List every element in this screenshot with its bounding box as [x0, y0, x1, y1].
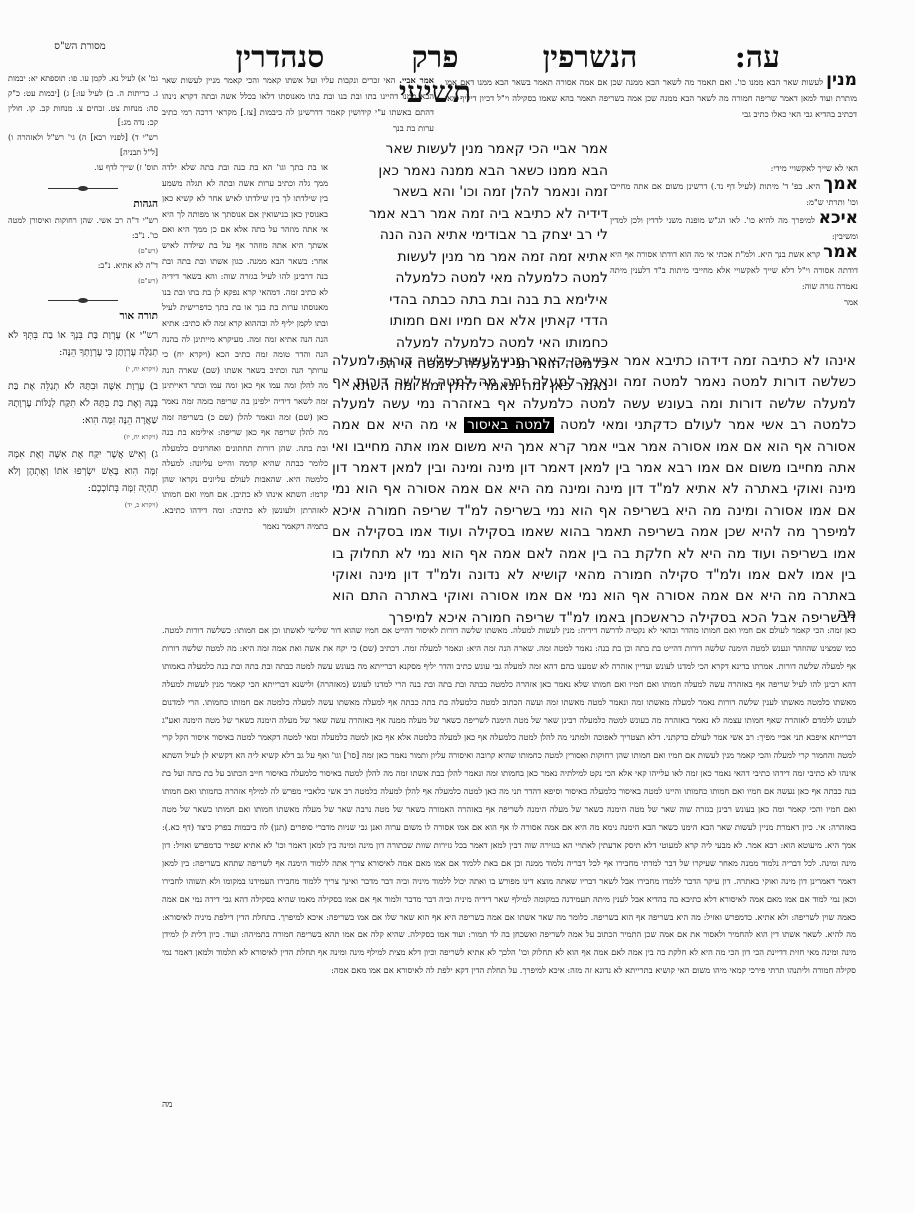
torah-or-verse: רש"י א) עֶרְוַת בַּת בִּנְךָ אוֹ בַת בִּ…	[8, 327, 158, 378]
gemara-wide-block: אינהו לא כתיבה זמה דידהו כתיבא אמר אביי …	[332, 351, 856, 629]
masoret-hashas-label: מסורת הש"ס	[45, 40, 115, 53]
rashi-side-column: או בת בתך וגו' הא בת בנה ובת בתה שלא ילד…	[162, 160, 328, 534]
rashi-top: אמר אביי. האי זכרים ונקבות עליו ועל אשתו…	[162, 72, 434, 136]
page-catchword: מה	[162, 1099, 856, 1110]
tosafot-entry-text: קרא אשת בנך היא. ולמ"ת אכתי אי מה הוא דו…	[610, 249, 858, 291]
tosafot-dibur-hamatchil: אמר	[823, 242, 858, 262]
torah-or-verse: ג) וְאִישׁ אֲשֶׁר יִקַּח אֶת אִשָּׁה וְא…	[8, 446, 158, 514]
gemara-catchword: מה	[332, 606, 856, 622]
ein-mishpat-ref: גמ' א) לעיל נא. לקמן עו. פו: תוספתא יא: …	[8, 72, 158, 131]
hagahot-title: הגהות	[8, 197, 158, 212]
tosafot-catchword: אמר	[610, 294, 858, 310]
tosafot-entry-text: היא. בפ' ד' מיתות (לעיל דף נד.) דרשינן מ…	[610, 181, 858, 207]
gemara-line: דידיה לא כתיבא ביה זמה אמר רבא אמר	[332, 204, 608, 226]
hagahot-text: רש"י ד"ה רב אשי. שהן רחוקות ואיסורן למטה…	[8, 216, 158, 240]
hagahot-text: ד"ה לא אתיא. נ"ב:	[98, 261, 158, 270]
gemara-line: למטה כלמעלה מאי למטה כלמעלה	[332, 268, 608, 290]
gemara-line: אילימא בת בנה ובת בתה כבתה בהדי	[332, 290, 608, 312]
daf-number: עה:	[700, 40, 780, 75]
rashi-bottom-text: כאן זמה: הכי קאמר לעולם אם חמיו ואם חמות…	[162, 625, 856, 975]
hagahot-entry: ד"ה לא אתיא. נ"ב: (רש"ם)	[8, 259, 158, 289]
perek-name: הנשרפין	[530, 40, 650, 75]
gemara-text: אי מה היא אם אמה אסורה אף הוא אם אמו אסו…	[332, 417, 856, 626]
ornament-divider	[48, 298, 118, 303]
verse-text: ג) וְאִישׁ אֲשֶׁר יִקַּח אֶת אִשָּׁה וְא…	[8, 449, 158, 494]
tosafot-top: מנין לעשות שאר הבא ממנו כו'. ואם תאמר מה…	[445, 72, 857, 122]
gemara-line: לי רב יצחק בר אבודימי אתיא הנה הנה	[332, 225, 608, 247]
hagahot-source: (רש"ם)	[8, 274, 158, 289]
verse-reference: (ויקרא יח, יז)	[8, 429, 158, 446]
tosafot-dibur-hamatchil: אמך	[824, 174, 859, 194]
gemara-line: הבא ממנו כשאר הבא ממנה נאמר כאן	[332, 161, 608, 183]
verse-text: רש"י א) עֶרְוַת בַּת בִּנְךָ אוֹ בַת בִּ…	[8, 330, 158, 358]
rashi-dibur-hamatchil: אמר אביי.	[399, 75, 434, 85]
tosafot-entry: איכא למיפרך מה להיא כו'. לאו הג"ש מופנה …	[610, 210, 858, 244]
tosafot-dibur-hamatchil: איכא	[819, 208, 858, 228]
gemara-line: אתיא זמה זמה אמר מר מנין לעשות	[332, 247, 608, 269]
rashi-side-text: או בת בתך וגו' הא בת בנה ובת בתה שלא ילד…	[162, 162, 328, 531]
gemara-line: אמר אביי הכי קאמר מנין לעשות שאר	[332, 139, 608, 161]
gemara-line: זמה ונאמר להלן זמה וכו' והא בשאר	[332, 182, 608, 204]
tosafot-side-column: האי לא שייך לאקשויי מידי: אמך היא. בפ' ד…	[610, 160, 858, 310]
hagahot-source: (רש"ם)	[8, 244, 158, 259]
tosafot-dibur-hamatchil: מנין	[826, 70, 857, 90]
ein-mishpat-ref: תוס' ז) שייך לדף עו.	[8, 161, 158, 176]
hagahot-entry: רש"י ד"ה רב אשי. שהן רחוקות ואיסורן למטה…	[8, 214, 158, 258]
tosafot-entry: אמך היא. בפ' ד' מיתות (לעיל דף נד.) דרשי…	[610, 176, 858, 210]
rashi-bottom-block: כאן זמה: הכי קאמר לעולם אם חמיו ואם חמות…	[162, 622, 856, 980]
highlighted-selection[interactable]: למטה באיסור	[464, 417, 554, 433]
tosafot-intro: האי לא שייך לאקשויי מידי:	[610, 160, 858, 176]
verse-reference: (ויקרא כ, יד)	[8, 497, 158, 514]
ein-mishpat-ref: רש"י ד) [לפניו רבא] ה) גי' רש"ל ולאזהרה …	[8, 131, 158, 161]
margin-column: גמ' א) לעיל נא. לקמן עו. פו: תוספתא יא: …	[8, 72, 158, 514]
verse-reference: (ויקרא יח, י)	[8, 361, 158, 378]
verse-text: ב) עֶרְוַת אִשָּׁה וּבִתָּהּ לֹא תְגַלֵּ…	[8, 381, 158, 426]
masechet-title: סנהדרין	[200, 40, 360, 75]
torah-or-verse: ב) עֶרְוַת אִשָּׁה וּבִתָּהּ לֹא תְגַלֵּ…	[8, 378, 158, 446]
ornament-divider	[48, 186, 118, 191]
tosafot-text: לעשות שאר הבא ממנו כו'. ואם תאמר מה לשאר…	[445, 77, 857, 119]
gemara-line: הדדי קאתין אלא אם חמיו ואם חמותו	[332, 311, 608, 333]
tosafot-entry: אמר קרא אשת בנך היא. ולמ"ת אכתי אי מה הו…	[610, 244, 858, 294]
rashi-text: האי זכרים ונקבות עליו ועל אשתו קאמר והכי…	[162, 75, 434, 133]
torah-or-title: תורה אור	[8, 309, 158, 324]
